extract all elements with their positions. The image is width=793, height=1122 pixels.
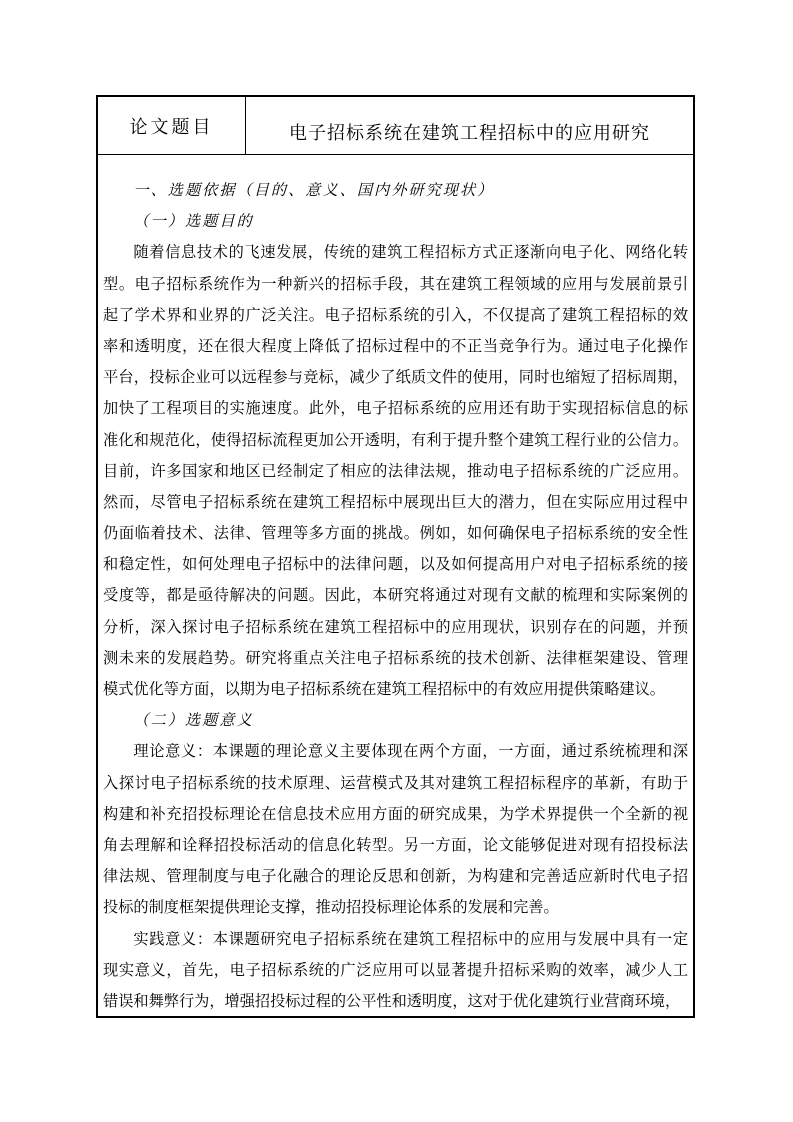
- thesis-title-value-cell: 电子招标系统在建筑工程招标中的应用研究: [246, 97, 693, 154]
- text-line: 率和透明度，还在很大程度上降低了招标过程中的不正当竞争行为。通过电子化操作: [103, 331, 688, 362]
- topic-basis-body-cell: 一、选题依据（目的、意义、国内外研究现状）（一）选题目的随着信息技术的飞速发展，…: [98, 155, 693, 1016]
- text-line: 投标的制度框架提供理论支撑，推动招投标理论体系的发展和完善。: [103, 892, 688, 923]
- thesis-title-label: 论文题目: [130, 113, 214, 139]
- text-line: 一、选题依据（目的、意义、国内外研究现状）: [103, 175, 688, 206]
- text-line: 模式优化等方面，以期为电子招标系统在建筑工程招标中的有效应用提供策略建议。: [103, 674, 688, 705]
- text-line: 错误和舞弊行为，增强招投标过程的公平性和透明度，这对于优化建筑行业营商环境，: [103, 986, 688, 1016]
- thesis-title-text: 电子招标系统在建筑工程招标中的应用研究: [289, 119, 650, 145]
- text-line: 构建和补充招投标理论在信息技术应用方面的研究成果，为学术界提供一个全新的视: [103, 799, 688, 830]
- document-page: 论文题目 电子招标系统在建筑工程招标中的应用研究 一、选题依据（目的、意义、国内…: [0, 0, 793, 1122]
- text-line: 目前，许多国家和地区已经制定了相应的法律法规，推动电子招标系统的广泛应用。: [103, 456, 688, 487]
- text-line: 受度等，都是亟待解决的问题。因此，本研究将通过对现有文献的梳理和实际案例的: [103, 580, 688, 611]
- text-line: （一）选题目的: [103, 206, 688, 237]
- text-line: 角去理解和诠释招投标活动的信息化转型。另一方面，论文能够促进对现有招投标法: [103, 830, 688, 861]
- body-lines: 一、选题依据（目的、意义、国内外研究现状）（一）选题目的随着信息技术的飞速发展，…: [103, 175, 688, 1016]
- text-line: 和稳定性，如何处理电子招标中的法律问题，以及如何提高用户对电子招标系统的接: [103, 549, 688, 580]
- thesis-title-label-cell: 论文题目: [98, 97, 246, 154]
- text-line: 入探讨电子招标系统的技术原理、运营模式及其对建筑工程招标程序的革新，有助于: [103, 768, 688, 799]
- text-line: 分析，深入探讨电子招标系统在建筑工程招标中的应用现状，识别存在的问题，并预: [103, 612, 688, 643]
- thesis-proposal-table: 论文题目 电子招标系统在建筑工程招标中的应用研究 一、选题依据（目的、意义、国内…: [96, 95, 695, 1018]
- text-line: 准化和规范化，使得招标流程更加公开透明，有利于提升整个建筑工程行业的公信力。: [103, 425, 688, 456]
- text-line: 仍面临着技术、法律、管理等多方面的挑战。例如，如何确保电子招标系统的安全性: [103, 518, 688, 549]
- title-header-row: 论文题目 电子招标系统在建筑工程招标中的应用研究: [98, 97, 693, 155]
- text-line: 随着信息技术的飞速发展，传统的建筑工程招标方式正逐渐向电子化、网络化转: [103, 237, 688, 268]
- text-line: 实践意义：本课题研究电子招标系统在建筑工程招标中的应用与发展中具有一定: [103, 924, 688, 955]
- text-line: 理论意义：本课题的理论意义主要体现在两个方面，一方面，通过系统梳理和深: [103, 736, 688, 767]
- text-line: 加快了工程项目的实施速度。此外，电子招标系统的应用还有助于实现招标信息的标: [103, 393, 688, 424]
- text-line: 然而，尽管电子招标系统在建筑工程招标中展现出巨大的潜力，但在实际应用过程中: [103, 487, 688, 518]
- text-line: 起了学术界和业界的广泛关注。电子招标系统的引入，不仅提高了建筑工程招标的效: [103, 300, 688, 331]
- text-line: 型。电子招标系统作为一种新兴的招标手段，其在建筑工程领域的应用与发展前景引: [103, 269, 688, 300]
- text-line: 测未来的发展趋势。研究将重点关注电子招标系统的技术创新、法律框架建设、管理: [103, 643, 688, 674]
- text-line: 现实意义，首先，电子招标系统的广泛应用可以显著提升招标采购的效率，减少人工: [103, 955, 688, 986]
- text-line: （二）选题意义: [103, 705, 688, 736]
- text-line: 平台，投标企业可以远程参与竞标，减少了纸质文件的使用，同时也缩短了招标周期，: [103, 362, 688, 393]
- text-line: 律法规、管理制度与电子化融合的理论反思和创新，为构建和完善适应新时代电子招: [103, 861, 688, 892]
